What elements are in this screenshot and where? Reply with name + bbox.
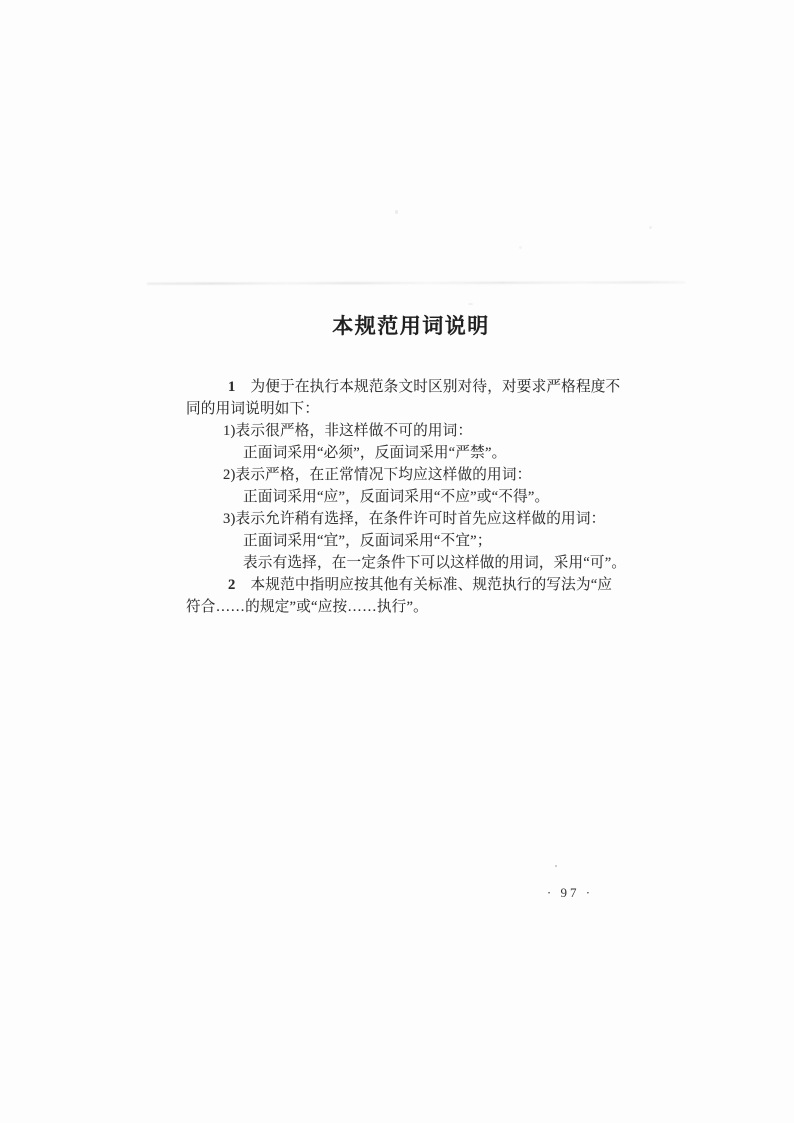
document-title: 本规范用词说明 [332,310,490,340]
body-line-text: 表示有选择，在一定条件下可以这样做的用词，采用“可”。 [243,555,626,571]
body-line: 正面词采用“应”，反面词采用“不应”或“不得”。 [186,486,626,508]
scan-speck [395,210,398,214]
body-line: 正面词采用“宜”，反面词采用“不宜”； [186,530,626,552]
body-line-text: 本规范中指明应按其他有关标准、规范执行的写法为“应 [251,577,613,593]
document-body: 1为便于在执行本规范条文时区别对待，对要求严格程度不 同的用词说明如下： 1)表… [186,376,626,618]
scan-speck [519,246,522,249]
body-line: 表示有选择，在一定条件下可以这样做的用词，采用“可”。 [186,552,626,574]
body-line: 1为便于在执行本规范条文时区别对待，对要求严格程度不 [186,376,626,398]
body-line-text: 3)表示允许稍有选择，在条件许可时首先应这样做的用词： [223,511,605,527]
scanned-document-page: 本规范用词说明 1为便于在执行本规范条文时区别对待，对要求严格程度不 同的用词说… [0,0,794,1123]
body-line: 同的用词说明如下： [186,398,626,420]
body-line-text: 为便于在执行本规范条文时区别对待，对要求严格程度不 [251,379,621,395]
body-line: 3)表示允许稍有选择，在条件许可时首先应这样做的用词： [186,508,626,530]
body-line: 正面词采用“必须”，反面词采用“严禁”。 [186,442,626,464]
body-line-text: 2)表示严格，在正常情况下均应这样做的用词： [223,467,531,483]
body-line-text: 同的用词说明如下： [186,401,319,417]
clause-number: 2 [228,574,236,596]
body-line: 符合……的规定”或“应按……执行”。 [186,596,626,618]
scan-speck [468,303,473,305]
body-line-text: 正面词采用“应”，反面词采用“不应”或“不得”。 [243,489,549,505]
body-line-text: 1)表示很严格，非这样做不可的用词： [223,423,472,439]
scan-speck [555,865,557,867]
body-line: 1)表示很严格，非这样做不可的用词： [186,420,626,442]
scan-artifact-line [147,281,685,284]
body-line: 2本规范中指明应按其他有关标准、规范执行的写法为“应 [186,574,626,596]
body-line-text: 正面词采用“宜”，反面词采用“不宜”； [243,533,492,549]
body-line-text: 正面词采用“必须”，反面词采用“严禁”。 [243,445,506,461]
body-line-text: 符合……的规定”或“应按……执行”。 [186,599,428,615]
body-line: 2)表示严格，在正常情况下均应这样做的用词： [186,464,626,486]
clause-number: 1 [228,376,236,398]
scan-speck [649,226,652,229]
page-number: · 97 · [543,885,597,901]
